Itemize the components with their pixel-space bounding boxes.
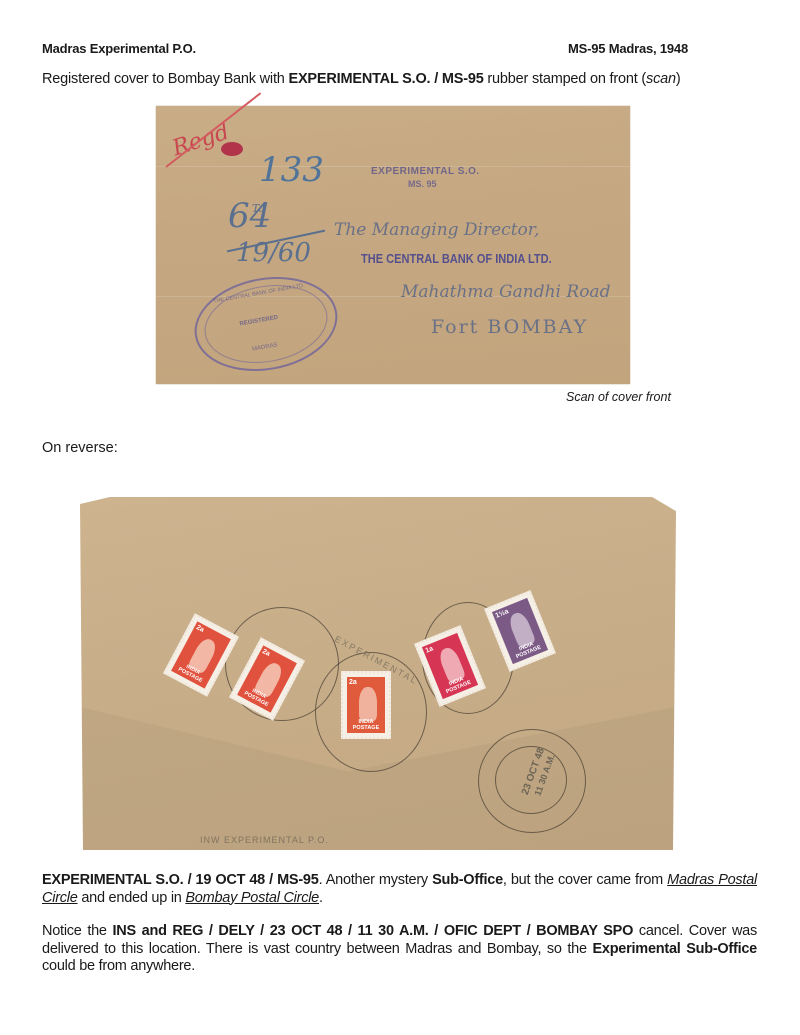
sub-office-bold: Sub-Office (432, 872, 503, 888)
intro-text-end: ) (676, 71, 681, 87)
front-scan-caption: Scan of cover front (566, 390, 671, 404)
page-header-title: Madras Experimental P.O. (42, 41, 196, 56)
para-text: could be from anywhere. (42, 958, 195, 974)
para-text: Notice the (42, 923, 113, 939)
oval-bank-stamp: THE CENTRAL BANK OF INDIA LTD. REGISTERE… (187, 266, 345, 382)
to-label: To (252, 202, 265, 215)
bombay-delivery-cancel: 23 OCT 48 11 30 A.M. (478, 729, 586, 833)
red-blot (221, 142, 243, 156)
postage-stamp-2a-1: 2a INDIA POSTAGE (163, 613, 239, 697)
postage-stamp-2a-3: 2a INDIA POSTAGE (341, 671, 391, 739)
number-133: 133 (259, 150, 324, 190)
fraction-bottom: 19/60 (236, 238, 311, 268)
para-text: and ended up in (78, 890, 186, 906)
addressee-bank-stamp: THE CENTRAL BANK OF INDIA LTD. (361, 251, 552, 266)
reverse-label: On reverse: (42, 440, 118, 456)
intro-text-2: rubber stamped on front ( (484, 71, 646, 87)
experimental-sub-office-bold: Experimental Sub-Office (592, 941, 757, 957)
description-paragraph-2: Notice the INS and REG / DELY / 23 OCT 4… (42, 923, 757, 976)
intro-italic: scan (646, 71, 676, 87)
kgvi-portrait (359, 687, 377, 721)
para-text: . (319, 890, 323, 906)
cover-back-image: EXPERIMENTAL 2a INDIA POSTAGE 2a INDIA P… (80, 497, 676, 850)
cancel-name-bold: EXPERIMENTAL S.O. / 19 OCT 48 / MS-95 (42, 872, 319, 888)
experimental-so-stamp-line2: MS. 95 (408, 179, 437, 189)
para-text: . Another mystery (319, 872, 433, 888)
intro-text: Registered cover to Bombay Bank with (42, 71, 288, 87)
delivery-cancel-bold: INS and REG / DELY / 23 OCT 48 / 11 30 A… (113, 923, 634, 939)
addressee-line3: Mahathma Gandhi Road (401, 282, 610, 302)
para-text: , but the cover came from (503, 872, 667, 888)
addressee-line4: Fort BOMBAY (431, 316, 588, 338)
page-header-reference: MS-95 Madras, 1948 (568, 41, 688, 56)
bombay-postal-circle: Bombay Postal Circle (185, 890, 319, 906)
description-paragraph-1: EXPERIMENTAL S.O. / 19 OCT 48 / MS-95. A… (42, 872, 757, 907)
cover-front-image: Regd 133 EXPERIMENTAL S.O. MS. 95 64 To … (156, 106, 630, 384)
pencil-note: INW EXPERIMENTAL P.O. (200, 835, 329, 845)
addressee-line1: The Managing Director, (334, 220, 539, 240)
red-cross-line (165, 92, 261, 167)
experimental-so-stamp-line1: EXPERIMENTAL S.O. (371, 166, 480, 177)
intro-bold: EXPERIMENTAL S.O. / MS-95 (288, 71, 483, 87)
intro-line: Registered cover to Bombay Bank with EXP… (42, 71, 681, 87)
